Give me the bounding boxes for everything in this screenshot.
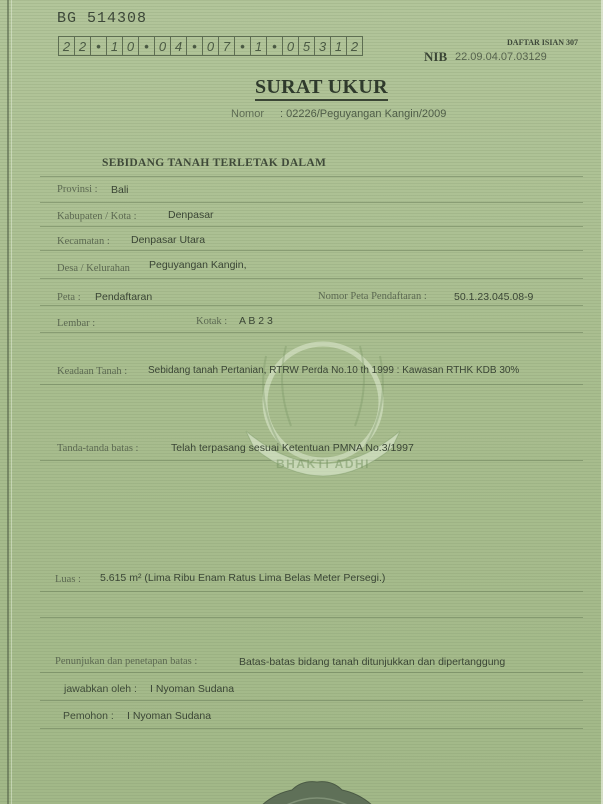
jawabkan-value: I Nyoman Sudana: [150, 683, 234, 695]
kecamatan-value: Denpasar Utara: [131, 234, 205, 246]
svg-text:BHAKTI ADHI: BHAKTI ADHI: [276, 457, 370, 471]
code-box: 1: [330, 36, 347, 56]
penunjukan-value: Batas-batas bidang tanah ditunjukkan dan…: [239, 656, 505, 668]
nomor-label: Nomor: [231, 108, 264, 120]
rule-line: [40, 591, 583, 592]
kabupaten-value: Denpasar: [168, 209, 214, 221]
rule-line: [40, 617, 583, 618]
jawabkan-label: jawabkan oleh :: [64, 683, 137, 695]
kecamatan-label: Kecamatan :: [57, 236, 110, 247]
provinsi-label: Provinsi :: [57, 184, 98, 195]
rule-line: [40, 305, 583, 306]
keadaan-tanah-value: Sebidang tanah Pertanian, RTRW Perda No.…: [148, 365, 519, 376]
paper-fold: [7, 0, 9, 804]
code-box: 3: [314, 36, 331, 56]
keadaan-tanah-label: Keadaan Tanah :: [57, 366, 127, 377]
code-box: 1: [250, 36, 267, 56]
serial-number: BG 514308: [57, 10, 147, 27]
rule-line: [40, 202, 583, 203]
luas-label: Luas :: [55, 574, 81, 585]
code-box: •: [266, 36, 283, 56]
code-boxes: 22•10•04•07•1•05312: [58, 36, 362, 56]
penunjukan-label: Penunjukan dan penetapan batas :: [55, 656, 197, 667]
rule-line: [40, 728, 583, 729]
desa-label: Desa / Kelurahan: [57, 263, 130, 274]
pemohon-value: I Nyoman Sudana: [127, 710, 211, 722]
code-box: •: [90, 36, 107, 56]
code-box: 2: [346, 36, 363, 56]
luas-value: 5.615 m² (Lima Ribu Enam Ratus Lima Bela…: [100, 572, 385, 584]
rule-line: [40, 226, 583, 227]
provinsi-value: Bali: [111, 184, 129, 196]
emblem-watermark-icon: BHAKTI ADHI: [236, 326, 410, 486]
nomor-peta-value: 50.1.23.045.08-9: [454, 291, 533, 303]
kotak-label: Kotak :: [196, 316, 227, 327]
nib-value: 22.09.04.07.03129: [455, 51, 547, 63]
rule-line: [40, 700, 583, 701]
desa-value: Peguyangan Kangin,: [149, 259, 247, 271]
pemohon-label: Pemohon :: [63, 710, 114, 722]
section-heading: SEBIDANG TANAH TERLETAK DALAM: [102, 157, 326, 169]
peta-label: Peta :: [57, 292, 81, 303]
lembar-label: Lembar :: [57, 318, 95, 329]
code-box: 1: [106, 36, 123, 56]
paper-fold-highlight: [11, 0, 12, 804]
code-box: •: [138, 36, 155, 56]
code-box: 0: [122, 36, 139, 56]
page-title: SURAT UKUR: [255, 76, 388, 101]
code-box: 5: [298, 36, 315, 56]
tanda-batas-label: Tanda-tanda batas :: [57, 443, 138, 454]
nib-label: NIB: [424, 49, 447, 65]
kotak-value: A B 2 3: [239, 315, 273, 327]
bottom-emblem-icon: [252, 772, 382, 804]
peta-value: Pendaftaran: [95, 291, 152, 303]
code-box: 7: [218, 36, 235, 56]
nomor-peta-label: Nomor Peta Pendaftaran :: [318, 291, 427, 302]
rule-line: [40, 176, 583, 177]
form-label: DAFTAR ISIAN 307: [507, 38, 578, 47]
rule-line: [40, 250, 583, 251]
rule-line: [40, 278, 583, 279]
kabupaten-label: Kabupaten / Kota :: [57, 211, 137, 222]
code-box: 2: [58, 36, 75, 56]
code-box: 0: [282, 36, 299, 56]
code-box: •: [234, 36, 251, 56]
code-box: 4: [170, 36, 187, 56]
code-box: 0: [202, 36, 219, 56]
code-box: •: [186, 36, 203, 56]
tanda-batas-value: Telah terpasang sesuai Ketentuan PMNA No…: [171, 442, 414, 454]
nomor-value: : 02226/Peguyangan Kangin/2009: [280, 108, 446, 120]
code-box: 0: [154, 36, 171, 56]
rule-line: [40, 672, 583, 673]
code-box: 2: [74, 36, 91, 56]
